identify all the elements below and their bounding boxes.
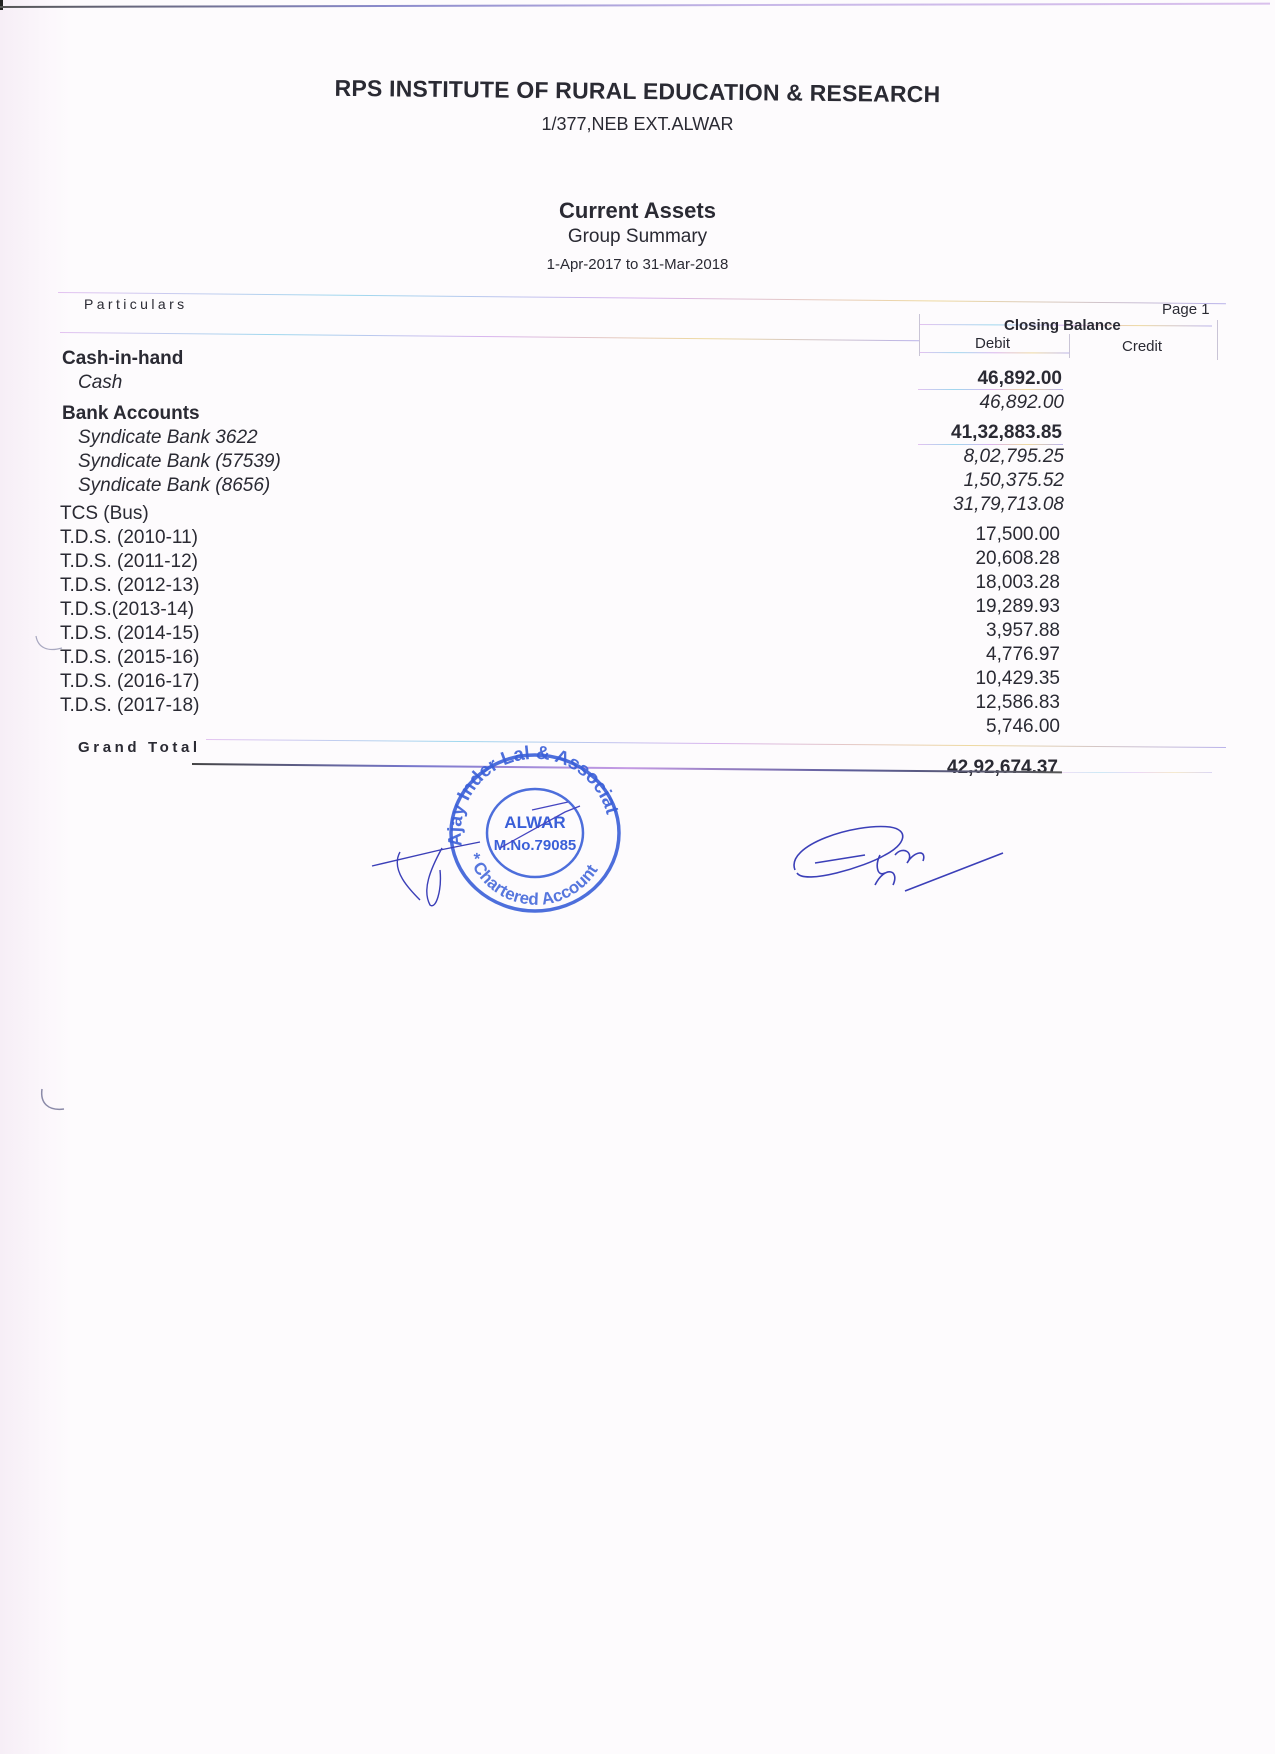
column-border-mid — [1069, 334, 1070, 358]
row-debit-amount: 12,586.83 — [860, 692, 1060, 714]
row-debit-amount: 20,608.28 — [860, 548, 1060, 570]
row-label: T.D.S. (2010-11) — [60, 527, 198, 549]
credit-column-header: Credit — [1122, 338, 1162, 355]
scan-top-edge — [0, 3, 1270, 8]
row-debit-amount: 18,003.28 — [860, 572, 1060, 594]
row-debit-amount: 4,776.97 — [860, 644, 1060, 666]
row-label: TCS (Bus) — [60, 503, 149, 525]
row-label: Syndicate Bank 3622 — [78, 427, 258, 449]
row-label: T.D.S. (2012-13) — [60, 575, 199, 597]
row-debit-amount: 46,892.00 — [864, 392, 1064, 414]
debit-column-header: Debit — [975, 335, 1010, 352]
grand-total-top-rule — [206, 739, 1226, 748]
report-subtitle: Group Summary — [0, 226, 1275, 248]
row-label: T.D.S. (2017-18) — [60, 695, 199, 717]
row-debit-amount: 41,32,883.85 — [862, 422, 1062, 444]
signature-authorized — [785, 815, 1005, 905]
row-debit-amount: 10,429.35 — [860, 668, 1060, 690]
row-debit-amount: 5,746.00 — [860, 716, 1060, 738]
row-debit-amount: 46,892.00 — [862, 368, 1062, 390]
particulars-header-bottom-rule — [60, 332, 920, 341]
closing-balance-header: Closing Balance — [1004, 317, 1121, 334]
signature-auditor — [370, 830, 490, 910]
particulars-column-header: Particulars — [84, 296, 188, 312]
row-debit-amount: 1,50,375.52 — [864, 470, 1064, 492]
page-number: Page 1 — [1162, 301, 1210, 318]
row-debit-amount: 8,02,795.25 — [864, 446, 1064, 468]
row-label: Cash — [78, 372, 122, 394]
row-label: Bank Accounts — [62, 403, 200, 425]
debit-header-underline — [920, 352, 1070, 354]
row-label: T.D.S. (2016-17) — [60, 671, 199, 693]
column-border-right — [1217, 320, 1218, 360]
cash-subtotal-rule — [918, 389, 1063, 390]
row-label: Syndicate Bank (57539) — [78, 451, 281, 473]
row-debit-amount: 17,500.00 — [860, 524, 1060, 546]
punch-hole-mark — [34, 632, 64, 654]
row-debit-amount: 19,289.93 — [860, 596, 1060, 618]
row-label: Cash-in-hand — [62, 348, 183, 370]
organization-name: RPS INSTITUTE OF RURAL EDUCATION & RESEA… — [0, 71, 1275, 111]
column-border-left — [919, 314, 920, 356]
report-period: 1-Apr-2017 to 31-Mar-2018 — [0, 256, 1275, 273]
grand-total-amount: 42,92,674.37 — [858, 757, 1058, 779]
grand-total-label: Grand Total — [78, 739, 201, 756]
table-header-top-rule — [58, 292, 1226, 304]
row-label: T.D.S. (2011-12) — [60, 551, 198, 573]
stamp-membership-number: M.No.79085 — [494, 837, 577, 854]
row-label: T.D.S. (2014-15) — [60, 623, 199, 645]
row-label: T.D.S. (2015-16) — [60, 647, 199, 669]
report-title: Current Assets — [0, 198, 1275, 224]
grand-total-bottom-rule-extension — [1062, 772, 1212, 773]
row-label: T.D.S.(2013-14) — [60, 599, 194, 621]
punch-hole-mark — [38, 1085, 68, 1115]
bank-subtotal-rule — [918, 444, 1063, 445]
row-debit-amount: 31,79,713.08 — [864, 494, 1064, 516]
row-debit-amount: 3,957.88 — [860, 620, 1060, 642]
row-label: Syndicate Bank (8656) — [78, 475, 270, 497]
organization-address: 1/377,NEB EXT.ALWAR — [0, 114, 1275, 135]
